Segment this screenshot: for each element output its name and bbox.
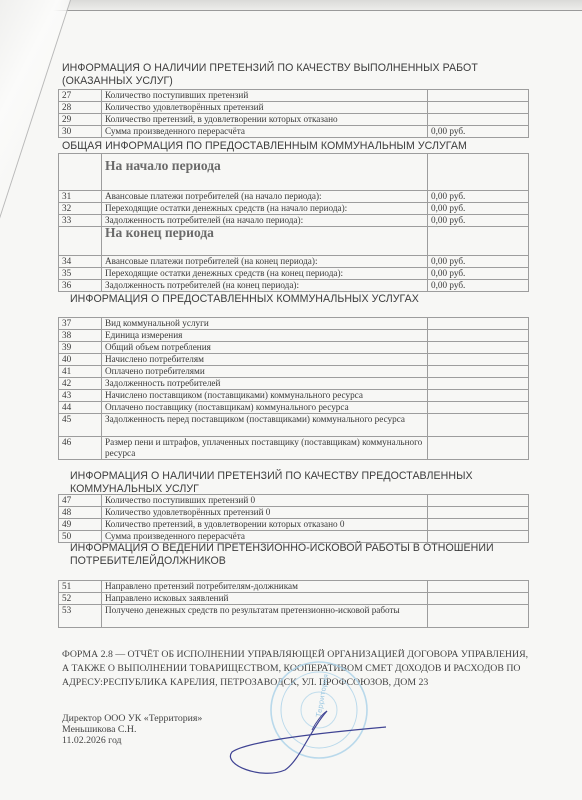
signature-scribble-icon <box>0 0 582 800</box>
document-page: ИНФОРМАЦИЯ О НАЛИЧИИ ПРЕТЕНЗИЙ ПО КАЧЕСТ… <box>0 0 582 800</box>
